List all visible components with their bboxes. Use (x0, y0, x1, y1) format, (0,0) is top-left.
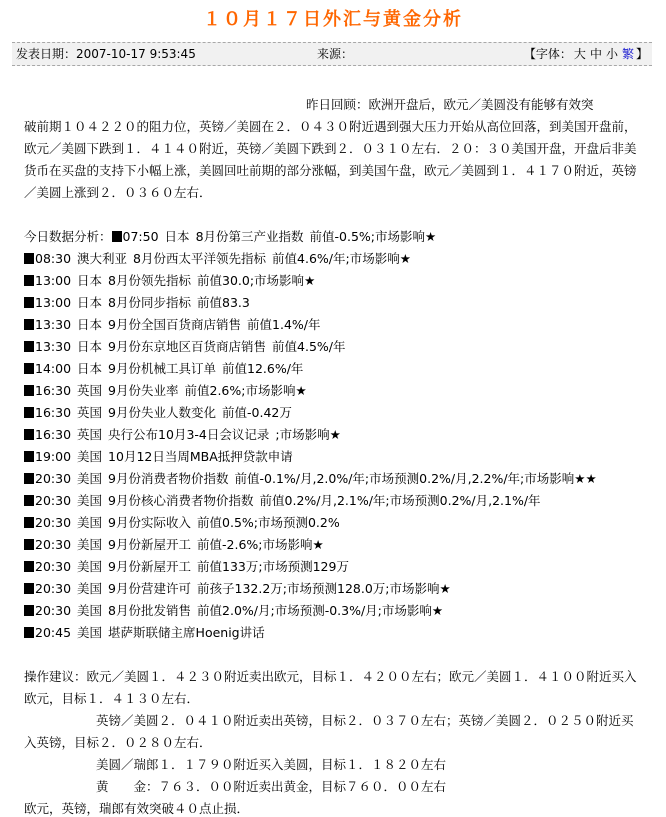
economic-event-row: 20:45美国堪萨斯联储主席Hoenig讲话 (24, 622, 644, 644)
event-detail: 前值0.5%;市场预测0.2% (197, 515, 340, 530)
square-bullet-icon (24, 275, 34, 286)
event-detail: 前值2.0%/月;市场预测-0.3%/月;市场影响 (197, 603, 432, 618)
impact-stars: ★ (304, 273, 315, 288)
economic-event-row: 20:30美国9月份实际收入前值0.5%;市场预测0.2% (24, 512, 644, 534)
event-name: 9月份失业率 (108, 383, 178, 398)
event-detail: 前值4.5%/年 (272, 339, 345, 354)
event-country: 英国 (77, 427, 102, 442)
publish-date-label: 发表日期： (16, 47, 76, 61)
article-meta-bar: 发表日期：2007-10-17 9:53:45 来源： 【字体：大中小繁】 (12, 42, 652, 66)
square-bullet-icon (24, 407, 34, 418)
event-detail: 前值30.0;市场影响 (197, 273, 304, 288)
event-country: 英国 (77, 383, 102, 398)
event-time: 16:30 (35, 405, 71, 420)
economic-event-row: 20:30美国8月份批发销售前值2.0%/月;市场预测-0.3%/月;市场影响★ (24, 600, 644, 622)
advice-gbpusd-text: 英镑／美圆２．０４１０附近卖出英镑，目标２．０３７０左右；英镑／美圆２．０２５０… (24, 713, 634, 750)
event-detail: 前值0.2%/月,2.1%/年;市场预测0.2%/月,2.1%/年 (260, 493, 541, 508)
square-bullet-icon (24, 605, 34, 616)
advice-gbpusd: 英镑／美圆２．０４１０附近卖出英镑，目标２．０３７０左右；英镑／美圆２．０２５０… (24, 710, 644, 754)
event-detail: 前值-2.6%;市场影响 (197, 537, 312, 552)
event-detail: 前孩子132.2万;市场预测128.0万;市场影响 (197, 581, 440, 596)
economic-event-row: 13:30日本9月份东京地区百货商店销售前值4.5%/年 (24, 336, 644, 358)
event-name: 堪萨斯联储主席Hoenig讲话 (108, 625, 265, 640)
traditional-chinese-link[interactable]: 繁 (622, 47, 634, 61)
square-bullet-icon (24, 583, 34, 594)
advice-usdchf: 美圆／瑞郎１．１７９０附近买入美圆，目标１．１８２０左右 (24, 754, 644, 776)
economic-event-row: 20:30美国9月份营建许可前孩子132.2万;市场预测128.0万;市场影响★ (24, 578, 644, 600)
event-country: 美国 (77, 471, 102, 486)
event-name: 央行公布10月3-4日会议记录 (108, 427, 269, 442)
event-time: 16:30 (35, 427, 71, 442)
square-bullet-icon (24, 495, 34, 506)
event-name: 9月份新屋开工 (108, 537, 191, 552)
event-time: 13:30 (35, 339, 71, 354)
event-country: 美国 (77, 537, 102, 552)
event-name: 8月份第三产业指数 (196, 229, 304, 244)
square-bullet-icon (24, 451, 34, 462)
economic-event-row: 16:30英国9月份失业率前值2.6%;市场影响★ (24, 380, 644, 402)
event-detail: 前值83.3 (197, 295, 250, 310)
font-medium-link[interactable]: 中 (590, 47, 602, 61)
economic-event-row: 20:30美国9月份新屋开工前值-2.6%;市场影响★ (24, 534, 644, 556)
article-body: 昨日回顾：欧洲开盘后，欧元／美圆没有能够有效突 破前期１０４２２０的阻力位，英镑… (24, 94, 644, 817)
publish-date-value: 2007-10-17 9:53:45 (76, 47, 196, 61)
event-name: 9月份核心消费者物价指数 (108, 493, 253, 508)
economic-event-row: 16:30英国9月份失业人数变化前值-0.42万 (24, 402, 644, 424)
event-country: 日本 (77, 295, 102, 310)
font-selector-close: 】 (636, 47, 648, 61)
event-time: 20:30 (35, 581, 71, 596)
event-name: 9月份失业人数变化 (108, 405, 216, 420)
event-country: 美国 (77, 493, 102, 508)
data-analysis-label: 今日数据分析： (24, 229, 112, 244)
event-time: 20:30 (35, 471, 71, 486)
review-paragraph: 昨日回顾：欧洲开盘后，欧元／美圆没有能够有效突 破前期１０４２２０的阻力位，英镑… (24, 94, 644, 204)
publish-date: 发表日期：2007-10-17 9:53:45 (16, 43, 196, 65)
source-label: 来源： (317, 47, 353, 61)
economic-event-row: 13:00日本8月份同步指标前值83.3 (24, 292, 644, 314)
event-country: 日本 (77, 317, 102, 332)
event-name: 8月份西太平洋领先指标 (133, 251, 266, 266)
square-bullet-icon (112, 231, 122, 242)
event-time: 20:30 (35, 603, 71, 618)
impact-stars: ★ (432, 603, 443, 618)
economic-event-row: 16:30英国央行公布10月3-4日会议记录;市场影响★ (24, 424, 644, 446)
impact-stars: ★ (425, 229, 436, 244)
font-size-selector: 【字体：大中小繁】 (524, 43, 648, 65)
review-first-line: 昨日回顾：欧洲开盘后，欧元／美圆没有能够有效突 (24, 94, 644, 116)
event-detail: 前值-0.5%;市场影响 (310, 229, 425, 244)
square-bullet-icon (24, 297, 34, 308)
square-bullet-icon (24, 517, 34, 528)
event-time: 20:45 (35, 625, 71, 640)
event-time: 19:00 (35, 449, 71, 464)
event-country: 澳大利亚 (77, 251, 127, 266)
event-time: 13:30 (35, 317, 71, 332)
square-bullet-icon (24, 319, 34, 330)
economic-event-row: 14:00日本9月份机械工具订单前值12.6%/年 (24, 358, 644, 380)
event-name: 8月份同步指标 (108, 295, 191, 310)
impact-stars: ★ (440, 581, 451, 596)
spacer (24, 644, 644, 666)
review-body: 破前期１０４２２０的阻力位，英镑／美圆在２．０４３０附近遇到强大压力开始从高位回… (24, 116, 644, 204)
event-detail: 前值2.6%;市场影响 (185, 383, 296, 398)
economic-event-row: 20:30美国9月份核心消费者物价指数前值0.2%/月,2.1%/年;市场预测0… (24, 490, 644, 512)
event-country: 美国 (77, 625, 102, 640)
advice-gold: 黄 金：７６３．００附近卖出黄金，目标７６０．００左右 (24, 776, 644, 798)
event-time: 20:30 (35, 515, 71, 530)
event-detail: 前值-0.42万 (222, 405, 292, 420)
economic-event-row: 今日数据分析：07:50日本8月份第三产业指数前值-0.5%;市场影响★ (24, 226, 644, 248)
font-small-link[interactable]: 小 (606, 47, 618, 61)
square-bullet-icon (24, 539, 34, 550)
event-time: 13:00 (35, 295, 71, 310)
event-time: 07:50 (123, 229, 159, 244)
impact-stars: ★ (295, 383, 306, 398)
square-bullet-icon (24, 341, 34, 352)
event-country: 日本 (77, 361, 102, 376)
data-analysis-section: 今日数据分析：07:50日本8月份第三产业指数前值-0.5%;市场影响★08:3… (24, 226, 644, 644)
impact-stars: ★ (400, 251, 411, 266)
event-name: 10月12日当周MBA抵押贷款申请 (108, 449, 293, 464)
event-country: 美国 (77, 603, 102, 618)
event-name: 8月份领先指标 (108, 273, 191, 288)
event-time: 08:30 (35, 251, 71, 266)
square-bullet-icon (24, 627, 34, 638)
event-name: 8月份批发销售 (108, 603, 191, 618)
event-country: 美国 (77, 515, 102, 530)
economic-event-row: 13:00日本8月份领先指标前值30.0;市场影响★ (24, 270, 644, 292)
event-time: 20:30 (35, 559, 71, 574)
event-name: 9月份机械工具订单 (108, 361, 216, 376)
event-country: 日本 (77, 339, 102, 354)
event-detail: ;市场影响 (275, 427, 329, 442)
impact-stars: ★ (313, 537, 324, 552)
event-time: 14:00 (35, 361, 71, 376)
square-bullet-icon (24, 363, 34, 374)
event-name: 9月份新屋开工 (108, 559, 191, 574)
font-selector-open: 【字体： (524, 47, 572, 61)
article-title: １０月１７日外汇与黄金分析 (0, 8, 666, 32)
font-large-link[interactable]: 大 (574, 47, 586, 61)
event-time: 13:00 (35, 273, 71, 288)
event-country: 美国 (77, 581, 102, 596)
square-bullet-icon (24, 561, 34, 572)
advice-eurusd: 操作建议：欧元／美圆１．４２３０附近卖出欧元，目标１．４２００左右；欧元／美圆１… (24, 666, 644, 710)
advice-section: 操作建议：欧元／美圆１．４２３０附近卖出欧元，目标１．４２００左右；欧元／美圆１… (24, 666, 644, 817)
square-bullet-icon (24, 253, 34, 264)
source: 来源： (317, 43, 353, 65)
event-country: 美国 (77, 559, 102, 574)
economic-event-row: 20:30美国9月份消费者物价指数前值-0.1%/月,2.0%/年;市场预测0.… (24, 468, 644, 490)
event-name: 9月份营建许可 (108, 581, 191, 596)
event-detail: 前值4.6%/年;市场影响 (272, 251, 400, 266)
event-detail: 前值133万;市场预测129万 (197, 559, 349, 574)
spacer (24, 204, 644, 226)
event-country: 日本 (77, 273, 102, 288)
event-name: 9月份实际收入 (108, 515, 191, 530)
event-name: 9月份全国百货商店销售 (108, 317, 241, 332)
square-bullet-icon (24, 429, 34, 440)
event-detail: 前值1.4%/年 (247, 317, 320, 332)
event-time: 20:30 (35, 493, 71, 508)
event-country: 英国 (77, 405, 102, 420)
impact-stars: ★ (330, 427, 341, 442)
event-time: 20:30 (35, 537, 71, 552)
event-country: 日本 (165, 229, 190, 244)
impact-stars: ★★ (574, 471, 596, 486)
event-time: 16:30 (35, 383, 71, 398)
economic-event-row: 13:30日本9月份全国百货商店销售前值1.4%/年 (24, 314, 644, 336)
square-bullet-icon (24, 385, 34, 396)
event-detail: 前值-0.1%/月,2.0%/年;市场预测0.2%/月,2.2%/年;市场影响 (235, 471, 575, 486)
square-bullet-icon (24, 473, 34, 484)
economic-event-row: 20:30美国9月份新屋开工前值133万;市场预测129万 (24, 556, 644, 578)
event-name: 9月份东京地区百货商店销售 (108, 339, 266, 354)
economic-event-row: 19:00美国10月12日当周MBA抵押贷款申请 (24, 446, 644, 468)
advice-stop-loss: 欧元，英镑，瑞郎有效突破４０点止损． (24, 798, 644, 817)
event-name: 9月份消费者物价指数 (108, 471, 228, 486)
advice-eurusd-text: 欧元／美圆１．４２３０附近卖出欧元，目标１．４２００左右；欧元／美圆１．４１００… (24, 669, 637, 706)
advice-label: 操作建议： (24, 669, 87, 684)
event-detail: 前值12.6%/年 (222, 361, 303, 376)
economic-event-row: 08:30澳大利亚8月份西太平洋领先指标前值4.6%/年;市场影响★ (24, 248, 644, 270)
event-country: 美国 (77, 449, 102, 464)
